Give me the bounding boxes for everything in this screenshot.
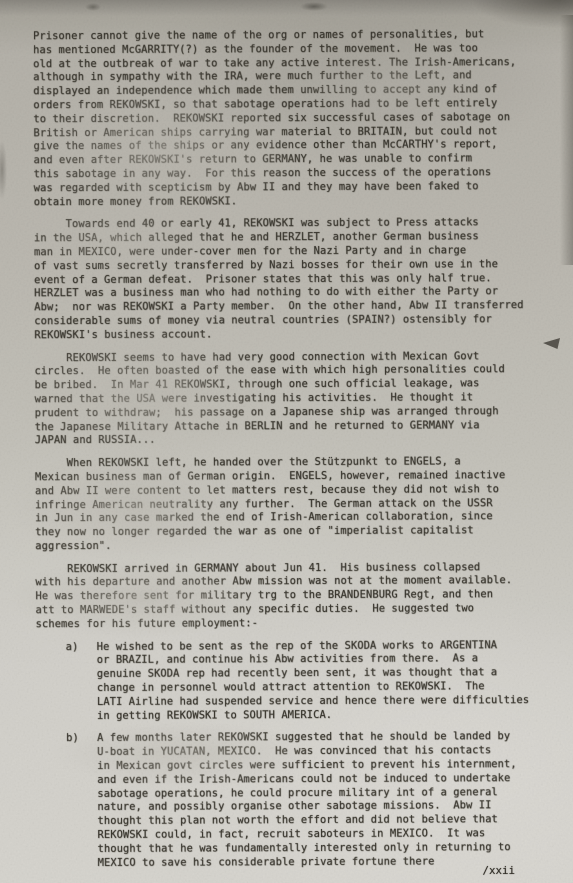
- scan-smudge-mark: [0, 140, 7, 200]
- page-marker: /xxii: [482, 864, 515, 877]
- scan-smudge-mark: [85, 3, 101, 11]
- paragraph: Prisoner cannot give the name of the org…: [33, 28, 550, 210]
- list-item-text: A few months later REKOWSKI suggested th…: [97, 730, 553, 870]
- document-scan-photo: Prisoner cannot give the name of the org…: [0, 0, 573, 883]
- list-item-text: He wished to be sent as the rep of the S…: [97, 639, 552, 724]
- list-item-b: b) A few months later REKOWSKI suggested…: [66, 730, 553, 870]
- scan-smudge-mark: [300, 2, 328, 11]
- document-text: Prisoner cannot give the name of the org…: [33, 28, 553, 880]
- paragraph: When REKOWSKI left, he handed over the S…: [35, 455, 551, 554]
- scan-shadow-right-edge: [560, 15, 573, 265]
- paragraph: REKOWSKI arrived in GERMANY about Jun 41…: [35, 561, 551, 632]
- paragraph: REKOWSKI seems to have had very good con…: [34, 350, 550, 449]
- scan-shadow-top-right: [473, 0, 573, 28]
- list-item-a: a) He wished to be sent as the rep of th…: [66, 639, 552, 724]
- list-item-label: b): [66, 732, 98, 870]
- paragraph: Towards end 40 or early 41, REKOWSKI was…: [34, 216, 551, 342]
- list-item-label: a): [66, 641, 97, 724]
